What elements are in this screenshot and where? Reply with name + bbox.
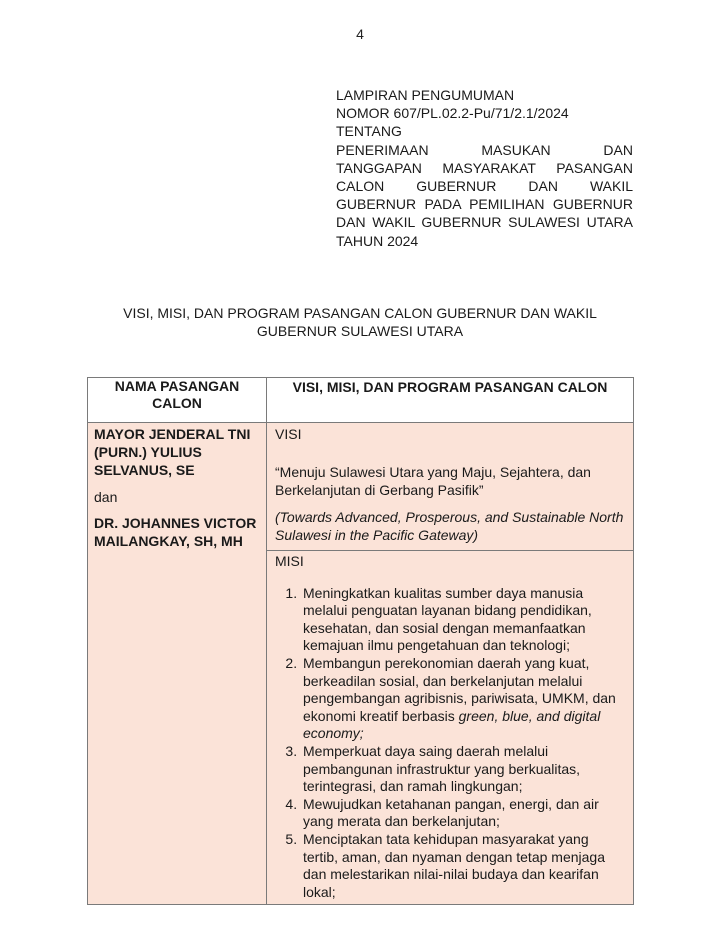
attachment-line: TAHUN 2024 — [336, 232, 633, 250]
governor-candidate-name: MAYOR JENDERAL TNI (PURN.) YULIUS SELVAN… — [94, 425, 260, 479]
misi-item: Mewujudkan ketahanan pangan, energi, dan… — [301, 796, 625, 831]
misi-item: Menciptakan tata kehidupan masyarakat ya… — [301, 831, 625, 901]
header-vision-mission: VISI, MISI, DAN PROGRAM PASANGAN CALON — [267, 378, 634, 423]
misi-list: Meningkatkan kualitas sumber daya manusi… — [275, 585, 625, 902]
table-header-row: NAMA PASANGAN CALON VISI, MISI, DAN PROG… — [88, 378, 634, 423]
visi-label: VISI — [275, 425, 625, 443]
attachment-header: LAMPIRAN PENGUMUMAN NOMOR 607/PL.02.2-Pu… — [336, 86, 633, 250]
candidate-vision-table: NAMA PASANGAN CALON VISI, MISI, DAN PROG… — [87, 377, 634, 905]
attachment-number: NOMOR 607/PL.02.2-Pu/71/2.1/2024 — [336, 104, 633, 122]
misi-item: Meningkatkan kualitas sumber daya manusi… — [301, 585, 625, 655]
conjunction-text: dan — [94, 488, 260, 506]
document-title-line: VISI, MISI, DAN PROGRAM PASANGAN CALON G… — [0, 304, 720, 322]
misi-item-text: Menciptakan tata kehidupan masyarakat ya… — [303, 831, 605, 900]
misi-section: MISI Meningkatkan kualitas sumber daya m… — [267, 551, 633, 904]
attachment-line: TANGGAPAN MASYARAKAT PASANGAN — [336, 159, 633, 177]
misi-item-text: Meningkatkan kualitas sumber daya manusi… — [303, 585, 592, 654]
document-title: VISI, MISI, DAN PROGRAM PASANGAN CALON G… — [0, 304, 720, 340]
vice-governor-candidate-name: DR. JOHANNES VICTOR MAILANGKAY, SH, MH — [94, 514, 260, 550]
visi-statement: “Menuju Sulawesi Utara yang Maju, Sejaht… — [275, 463, 625, 499]
attachment-line: LAMPIRAN PENGUMUMAN — [336, 86, 633, 104]
misi-item-text: Memperkuat daya saing daerah melalui pem… — [303, 743, 580, 794]
misi-item: Memperkuat daya saing daerah melalui pem… — [301, 743, 625, 796]
misi-label: MISI — [275, 553, 625, 571]
misi-item: Membangun perekonomian daerah yang kuat,… — [301, 655, 625, 743]
visi-section: VISI “Menuju Sulawesi Utara yang Maju, S… — [267, 423, 633, 551]
misi-item-text: Mewujudkan ketahanan pangan, energi, dan… — [303, 796, 599, 830]
page-number: 4 — [0, 26, 720, 42]
attachment-line: CALON GUBERNUR DAN WAKIL — [336, 177, 633, 195]
vision-mission-cell: VISI “Menuju Sulawesi Utara yang Maju, S… — [267, 423, 634, 905]
table-row: MAYOR JENDERAL TNI (PURN.) YULIUS SELVAN… — [88, 423, 634, 905]
document-title-line: GUBERNUR SULAWESI UTARA — [0, 322, 720, 340]
candidate-names-cell: MAYOR JENDERAL TNI (PURN.) YULIUS SELVAN… — [88, 423, 267, 905]
visi-translation: (Towards Advanced, Prosperous, and Susta… — [275, 508, 625, 544]
attachment-line: TENTANG — [336, 122, 633, 140]
attachment-line: DAN WAKIL GUBERNUR SULAWESI UTARA — [336, 213, 633, 231]
attachment-line: GUBERNUR PADA PEMILIHAN GUBERNUR — [336, 195, 633, 213]
attachment-line: PENERIMAAN MASUKAN DAN — [336, 141, 633, 159]
header-candidate-name: NAMA PASANGAN CALON — [88, 378, 267, 423]
